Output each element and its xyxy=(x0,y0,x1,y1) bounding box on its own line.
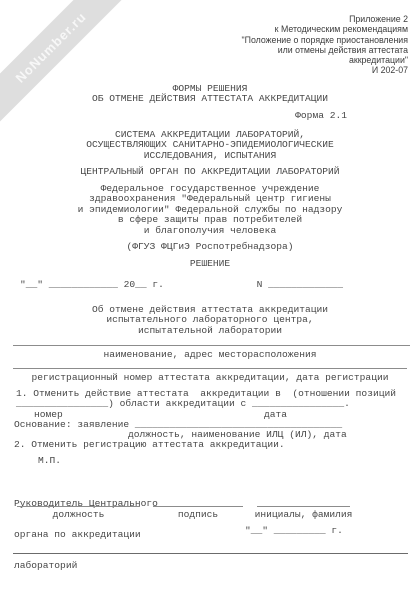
central-organ-title: ЦЕНТРАЛЬНЫЙ ОРГАН ПО АККРЕДИТАЦИИ ЛАБОРА… xyxy=(0,167,420,177)
annex-doc-code: И 202-07 xyxy=(242,65,409,75)
signature-sign-label: подпись xyxy=(153,510,243,520)
name-field-label: наименование, адрес месторасположения xyxy=(0,350,420,360)
annex-note: Приложение 2 к Методическим рекомендация… xyxy=(242,14,409,76)
document-page: NoNumber.ru Приложение 2 к Методическим … xyxy=(0,0,420,600)
stamp-place: М.П. xyxy=(38,456,61,466)
annex-line: аккредитации" xyxy=(242,55,409,65)
annex-line: к Методическим рекомендациям xyxy=(242,24,409,34)
position-sign-rule xyxy=(17,506,140,507)
item1-text-line2: ________________) области аккредитации с… xyxy=(16,399,350,409)
position-sign-label: должность xyxy=(17,510,140,520)
sign-date-blank: "__" _________ г. xyxy=(245,526,343,536)
watermark-text: NoNumber.ru xyxy=(12,9,89,86)
signer-title-line: органа по аккредитации xyxy=(14,530,158,540)
annex-line: или отмены действия аттестата xyxy=(242,45,409,55)
date-number-row: "__" ____________ 20__ г. N ____________… xyxy=(20,280,343,290)
watermark-band: NoNumber.ru xyxy=(0,0,135,131)
number-blank: N _____________ xyxy=(257,280,343,290)
org-short-name: (ФГУЗ ФЦГиЭ Роспотребнадзора) xyxy=(0,242,420,252)
signature-sign-rule xyxy=(153,506,243,507)
name-sign-label: инициалы, фамилия xyxy=(250,510,357,520)
annex-line: "Положение о порядке приостановления xyxy=(242,35,409,45)
form-number-label: Форма 2.1 xyxy=(295,111,347,121)
doc-title-line2: ОБ ОТМЕНЕ ДЕЙСТВИЯ АТТЕСТАТА АККРЕДИТАЦИ… xyxy=(0,94,420,104)
decision-heading: РЕШЕНИЕ xyxy=(0,259,420,269)
regnumber-field-rule xyxy=(13,368,407,369)
footer-rule xyxy=(13,553,408,554)
system-line: ИССЛЕДОВАНИЯ, ИСПЫТАНИЯ xyxy=(0,151,420,161)
signer-title: Руководитель Центрального органа по аккр… xyxy=(14,478,158,592)
org-name-line: и благополучия человека xyxy=(0,226,420,236)
name-sign-rule xyxy=(257,506,350,507)
regnumber-field-label: регистрационный номер аттестата аккредит… xyxy=(0,373,420,383)
date-blank: "__" ____________ 20__ г. xyxy=(20,280,164,290)
subject-line: испытательной лаборатории xyxy=(0,326,420,336)
signer-title-line: Руководитель Центрального xyxy=(14,499,158,509)
name-field-rule xyxy=(13,345,410,346)
annex-line: Приложение 2 xyxy=(242,14,409,24)
item2-text: 2. Отменить регистрацию аттестата аккред… xyxy=(14,440,285,450)
signer-title-line: лабораторий xyxy=(14,561,158,571)
